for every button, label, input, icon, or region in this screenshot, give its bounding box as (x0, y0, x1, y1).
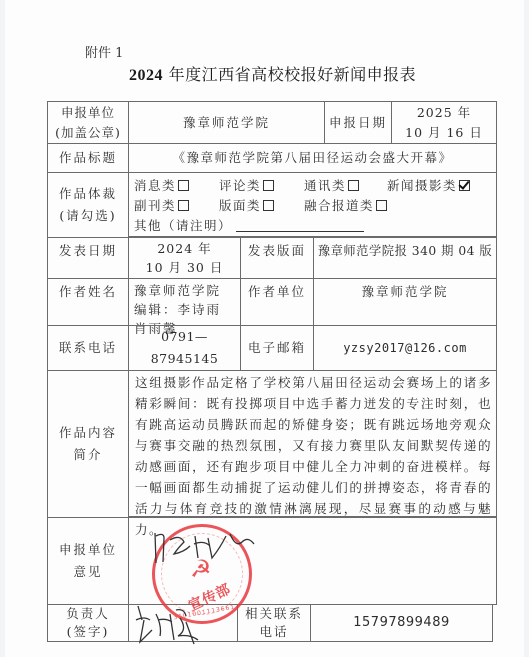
date-line: 2025 年 (417, 103, 471, 123)
label-line: 相关联系 (245, 605, 303, 623)
label-line: (加盖公章) (55, 123, 121, 143)
responsible-label: 负责人 (签字) (47, 604, 129, 642)
option-label: 通讯类 (304, 178, 346, 193)
label-line: 申报单位 (59, 539, 117, 561)
genre-option-commentary[interactable]: 评论类 (219, 176, 274, 194)
genre-option-layout[interactable]: 版面类 (219, 196, 274, 214)
option-label: 消息类 (134, 178, 176, 193)
label-line: (请勾选) (59, 205, 116, 227)
label-line: 负责人 (66, 605, 110, 623)
genre-option-feature[interactable]: 通讯类 (304, 176, 359, 194)
checkbox-checked[interactable] (459, 180, 470, 191)
checkbox[interactable] (348, 180, 359, 191)
genre-option-media[interactable]: 融合报道类 (304, 196, 387, 214)
label-line: 意见 (73, 561, 102, 583)
date-line: 2024 年 (157, 239, 211, 258)
related-phone-label: 相关联系 电话 (237, 604, 311, 642)
unit-opinion-value (128, 517, 497, 605)
genre-option-news[interactable]: 消息类 (134, 176, 189, 194)
publish-date-value: 2024 年 10 月 30 日 (128, 237, 241, 279)
genre-options: 消息类 评论类 通讯类 新闻摄影类 副刊类 版面类 融合报道类 其他（请注明） (128, 172, 497, 237)
option-label: 新闻摄影类 (387, 178, 457, 193)
option-label: 版面类 (219, 198, 261, 213)
form-title: 2024 年度江西省高校校报好新闻申报表 (129, 62, 416, 85)
other-input[interactable] (236, 219, 364, 232)
unit-opinion-label: 申报单位 意见 (47, 517, 129, 605)
work-title-label: 作品标题 (47, 143, 129, 173)
label-line: 作品体裁 (59, 183, 117, 205)
contact-phone-value: 0791—87945145 (128, 325, 241, 371)
title-text: 年度江西省高校校报好新闻申报表 (163, 65, 416, 84)
label-line: 申报单位 (61, 103, 115, 123)
genre-option-supplement[interactable]: 副刊类 (134, 196, 189, 214)
checkbox[interactable] (178, 200, 189, 211)
summary-label: 作品内容 简介 (47, 370, 129, 518)
apply-date-value: 2025 年 10 月 16 日 (391, 101, 497, 144)
author-unit-value: 豫章师范学院 (313, 278, 497, 326)
label-line: 作品内容 (59, 422, 117, 444)
contact-phone-label: 联系电话 (47, 325, 129, 371)
label-line: (签字) (67, 623, 110, 641)
option-label: 副刊类 (134, 198, 176, 213)
author-name-value: 豫章师范学院 编辑：李诗雨 肖雨馨 (128, 278, 241, 326)
author-name-label: 作者姓名 (47, 278, 129, 326)
author-line: 编辑：李诗雨 (134, 300, 221, 319)
checkbox[interactable] (376, 200, 387, 211)
publish-page-value: 豫章师范学院报 340 期 04 版 (313, 237, 497, 279)
genre-label: 作品体裁 (请勾选) (47, 172, 129, 238)
date-line: 10 月 30 日 (146, 258, 224, 277)
publish-date-label: 发表日期 (47, 237, 129, 279)
label-line: 电话 (259, 623, 288, 641)
annex-label: 附件 1 (85, 42, 123, 61)
checkbox[interactable] (178, 180, 189, 191)
author-unit-label: 作者单位 (240, 278, 314, 326)
option-label: 融合报道类 (304, 198, 374, 213)
applicant-unit-value: 豫章师范学院 (128, 101, 325, 144)
label-line: 简介 (73, 444, 102, 466)
work-title-value: 《豫章师范学院第八届田径运动会盛大开幕》 (128, 143, 497, 173)
email-value: yzsy2017@126.com (313, 325, 497, 371)
summary-text: 这组摄影作品定格了学校第八届田径运动会赛场上的诸多精彩瞬间：既有投掷项目中选手蓄… (128, 370, 497, 517)
apply-date-label: 申报日期 (324, 101, 392, 144)
author-line: 豫章师范学院 (134, 281, 221, 300)
checkbox[interactable] (263, 200, 274, 211)
genre-option-photo[interactable]: 新闻摄影类 (387, 176, 470, 194)
email-label: 电子邮箱 (240, 325, 314, 371)
option-label: 评论类 (219, 178, 261, 193)
applicant-unit-label: 申报单位 (加盖公章) (47, 101, 129, 144)
option-label: 其他（请注明） (134, 218, 232, 233)
related-phone-value: 15797899489 (310, 604, 493, 642)
responsible-signature-cell (128, 604, 238, 642)
publish-page-label: 发表版面 (240, 237, 314, 279)
genre-option-other[interactable]: 其他（请注明） (134, 216, 364, 234)
date-line: 10 月 16 日 (405, 123, 483, 143)
checkbox[interactable] (263, 180, 274, 191)
title-year: 2024 (129, 67, 163, 84)
